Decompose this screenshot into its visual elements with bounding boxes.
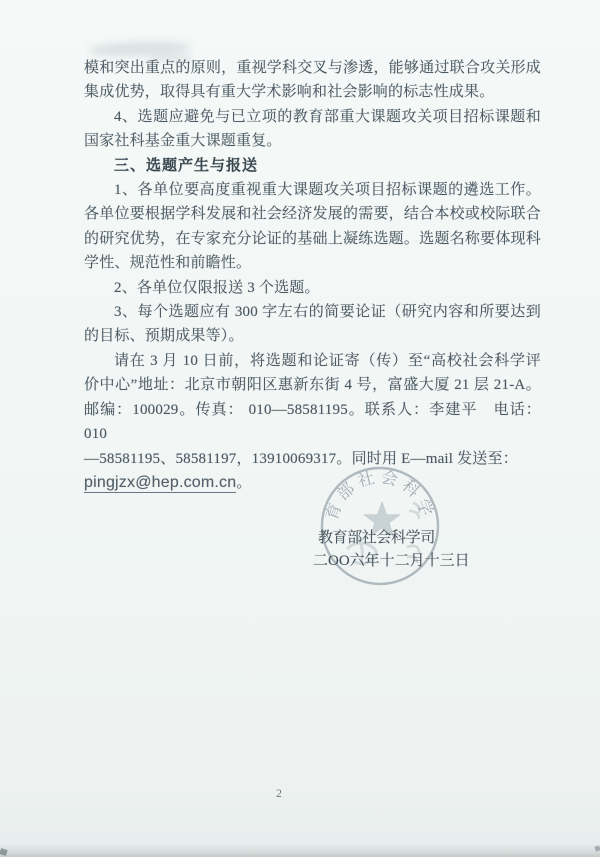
document-line: 各单位要根据学科发展和社会经济发展的需要，结合本校或校际联合	[84, 202, 541, 226]
document-line: 的研究优势，在专家充分论证的基础上凝练选题。选题名称要体现科	[84, 227, 541, 251]
scanned-document-page: 模和突出重点的原则，重视学科交叉与渗透，能够通过联合攻关形成 集成优势，取得具有…	[0, 0, 600, 857]
document-line: 学性、规范性和前瞻性。	[84, 251, 541, 275]
document-line: 集成优势，取得具有重大学术影响和社会影响的标志性成果。	[84, 80, 541, 104]
scan-bottom-edge-shadow	[0, 843, 600, 857]
document-line: 价中心”地址：北京市朝阳区惠新东街 4 号，富盛大厦 21 层 21-A。	[84, 373, 541, 397]
document-line: 的目标、预期成果等）。	[84, 324, 541, 348]
section-heading: 三、选题产生与报送	[84, 154, 541, 178]
document-line: 3、每个选题应有 300 字左右的简要论证（研究内容和所要达到	[84, 300, 541, 324]
signature-organization: 教育部社会科学司	[318, 526, 435, 547]
document-line: 4、选题应避免与已立项的教育部重大课题攻关项目招标课题和	[84, 105, 541, 129]
document-body: 模和突出重点的原则，重视学科交叉与渗透，能够通过联合攻关形成 集成优势，取得具有…	[84, 56, 541, 495]
page-number: 2	[276, 786, 282, 801]
document-line: 请在 3 月 10 日前，将选题和论证寄（传）至“高校社会科学评	[84, 349, 541, 373]
email-suffix: 。	[236, 475, 251, 491]
document-line: 1、各单位要高度重视重大课题攻关项目招标课题的遴选工作。	[84, 178, 541, 202]
seal-arc-text: 教育部社会科学司	[295, 441, 438, 523]
document-line: 国家社科基金重大课题重复。	[84, 129, 541, 153]
document-line: 邮编：100029。传真： 010—58581195。联系人：李建平 电话：01…	[84, 398, 541, 447]
seal-arc-text-group: 教育部社会科学司	[295, 441, 438, 523]
signature-date: 二OO六年十二月十三日	[313, 549, 470, 570]
document-line: 2、各单位仅限报送 3 个选题。	[84, 276, 541, 300]
email-address: pingjzx@hep.com.cn	[84, 474, 236, 493]
document-line: 模和突出重点的原则，重视学科交叉与渗透，能够通过联合攻关形成	[84, 56, 541, 80]
